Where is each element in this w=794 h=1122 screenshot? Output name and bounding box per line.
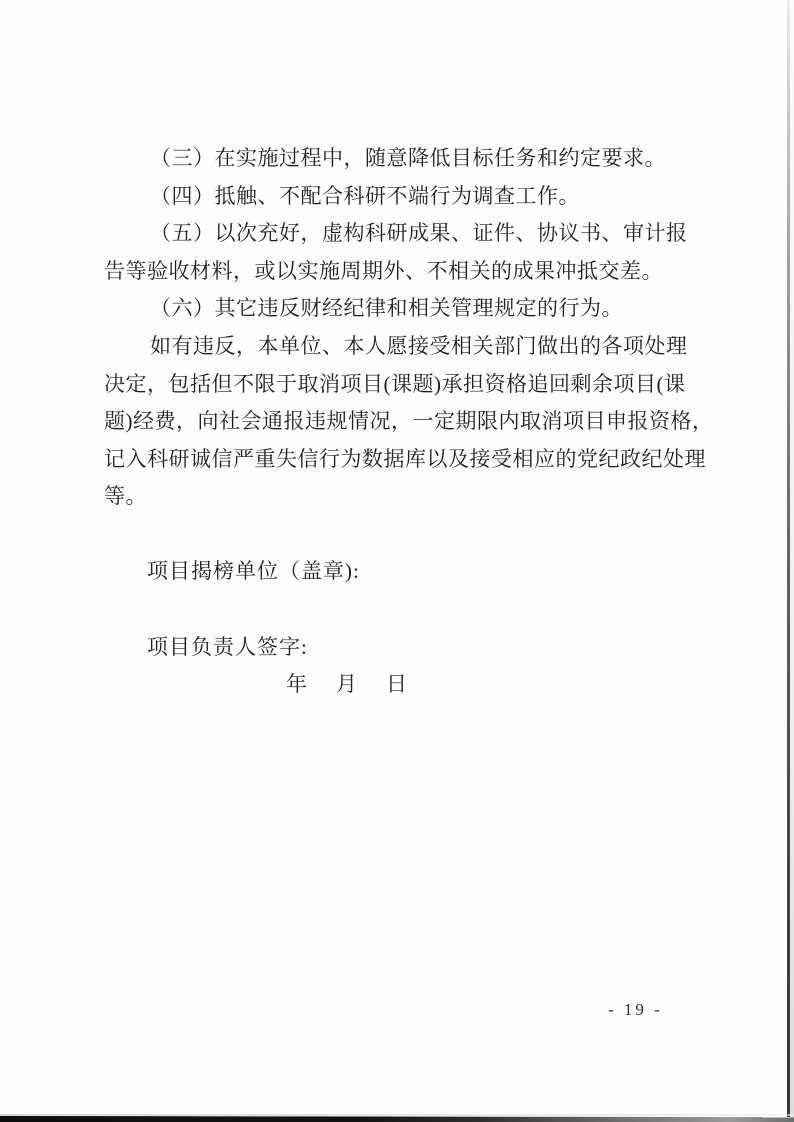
body-line: （四）抵触、不配合科研不端行为调查工作。 [104,178,720,216]
unit-seal-label: 项目揭榜单位（盖章): [147,555,360,585]
leader-signature-label: 项目负责人签字: [147,631,308,661]
body-line: 题)经费，向社会通报违规情况，一定期限内取消项目申报资格， [104,403,720,441]
body-line: 记入科研诚信严重失信行为数据库以及接受相应的党纪政纪处理 [104,441,720,479]
body-line: （三）在实施过程中，随意降低目标任务和约定要求。 [104,140,720,178]
body-line: 决定，包括但不限于取消项目(课题)承担资格追回剩余项目(课 [104,366,720,404]
body-line: （五）以次充好，虚构科研成果、证件、协议书、审计报 [104,215,720,253]
body-text-block: （三）在实施过程中，随意降低目标任务和约定要求。 （四）抵触、不配合科研不端行为… [104,140,720,516]
scan-edge-bottom [0,1116,794,1122]
scan-edge-right [787,0,790,1117]
date-line: 年 月 日 [286,668,411,698]
body-line: 等。 [104,478,720,516]
body-line: （六）其它违反财经纪律和相关管理规定的行为。 [104,290,720,328]
page-number: - 19 - [608,1000,663,1020]
body-line: 如有违反，本单位、本人愿接受相关部门做出的各项处理 [104,328,720,366]
scanned-document-page: （三）在实施过程中，随意降低目标任务和约定要求。 （四）抵触、不配合科研不端行为… [0,0,794,1122]
scan-edge-right-outer [790,0,794,1122]
body-line: 告等验收材料，或以实施周期外、不相关的成果冲抵交差。 [104,253,720,291]
